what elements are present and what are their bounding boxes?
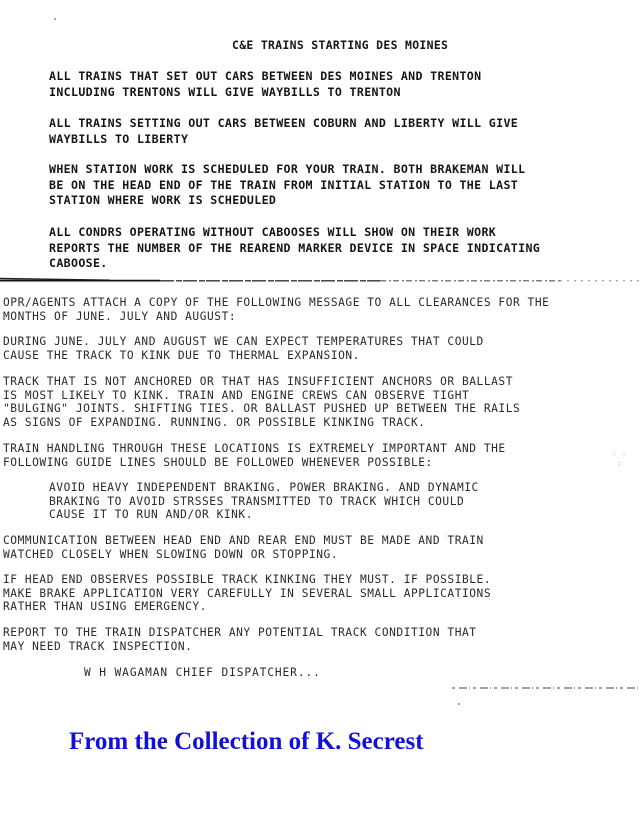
message-paragraph: COMMUNICATION BETWEEN HEAD END AND REAR … <box>3 534 633 561</box>
bulletin-paragraph: ALL TRAINS SETTING OUT CARS BETWEEN COBU… <box>49 116 629 147</box>
scan-speck <box>458 703 460 705</box>
guideline-paragraph: AVOID HEAVY INDEPENDENT BRAKING. POWER B… <box>49 481 629 522</box>
bulletin-paragraph: WHEN STATION WORK IS SCHEDULED FOR YOUR … <box>49 162 629 209</box>
scan-speck <box>54 18 56 20</box>
scan-artifact-marks: · · : <box>612 450 626 468</box>
bulletin-paragraph: ALL TRAINS THAT SET OUT CARS BETWEEN DES… <box>49 69 629 100</box>
section-divider <box>0 277 640 283</box>
message-paragraph: TRACK THAT IS NOT ANCHORED OR THAT HAS I… <box>3 375 633 429</box>
message-paragraph: REPORT TO THE TRAIN DISPATCHER ANY POTEN… <box>3 626 633 653</box>
dispatcher-signature: W H WAGAMAN CHIEF DISPATCHER... <box>84 666 321 679</box>
message-paragraph: IF HEAD END OBSERVES POSSIBLE TRACK KINK… <box>3 573 633 614</box>
message-paragraph: TRAIN HANDLING THROUGH THESE LOCATIONS I… <box>3 442 633 469</box>
message-paragraph: OPR/AGENTS ATTACH A COPY OF THE FOLLOWIN… <box>3 296 633 323</box>
document-title: C&E TRAINS STARTING DES MOINES <box>232 38 448 52</box>
bulletin-paragraph: ALL CONDRS OPERATING WITHOUT CABOOSES WI… <box>49 225 629 272</box>
scanned-document-page: C&E TRAINS STARTING DES MOINES ALL TRAIN… <box>0 0 640 833</box>
torn-edge-line <box>452 686 640 690</box>
message-paragraph: DURING JUNE. JULY AND AUGUST WE CAN EXPE… <box>3 335 633 362</box>
collection-credit: From the Collection of K. Secrest <box>69 728 424 756</box>
